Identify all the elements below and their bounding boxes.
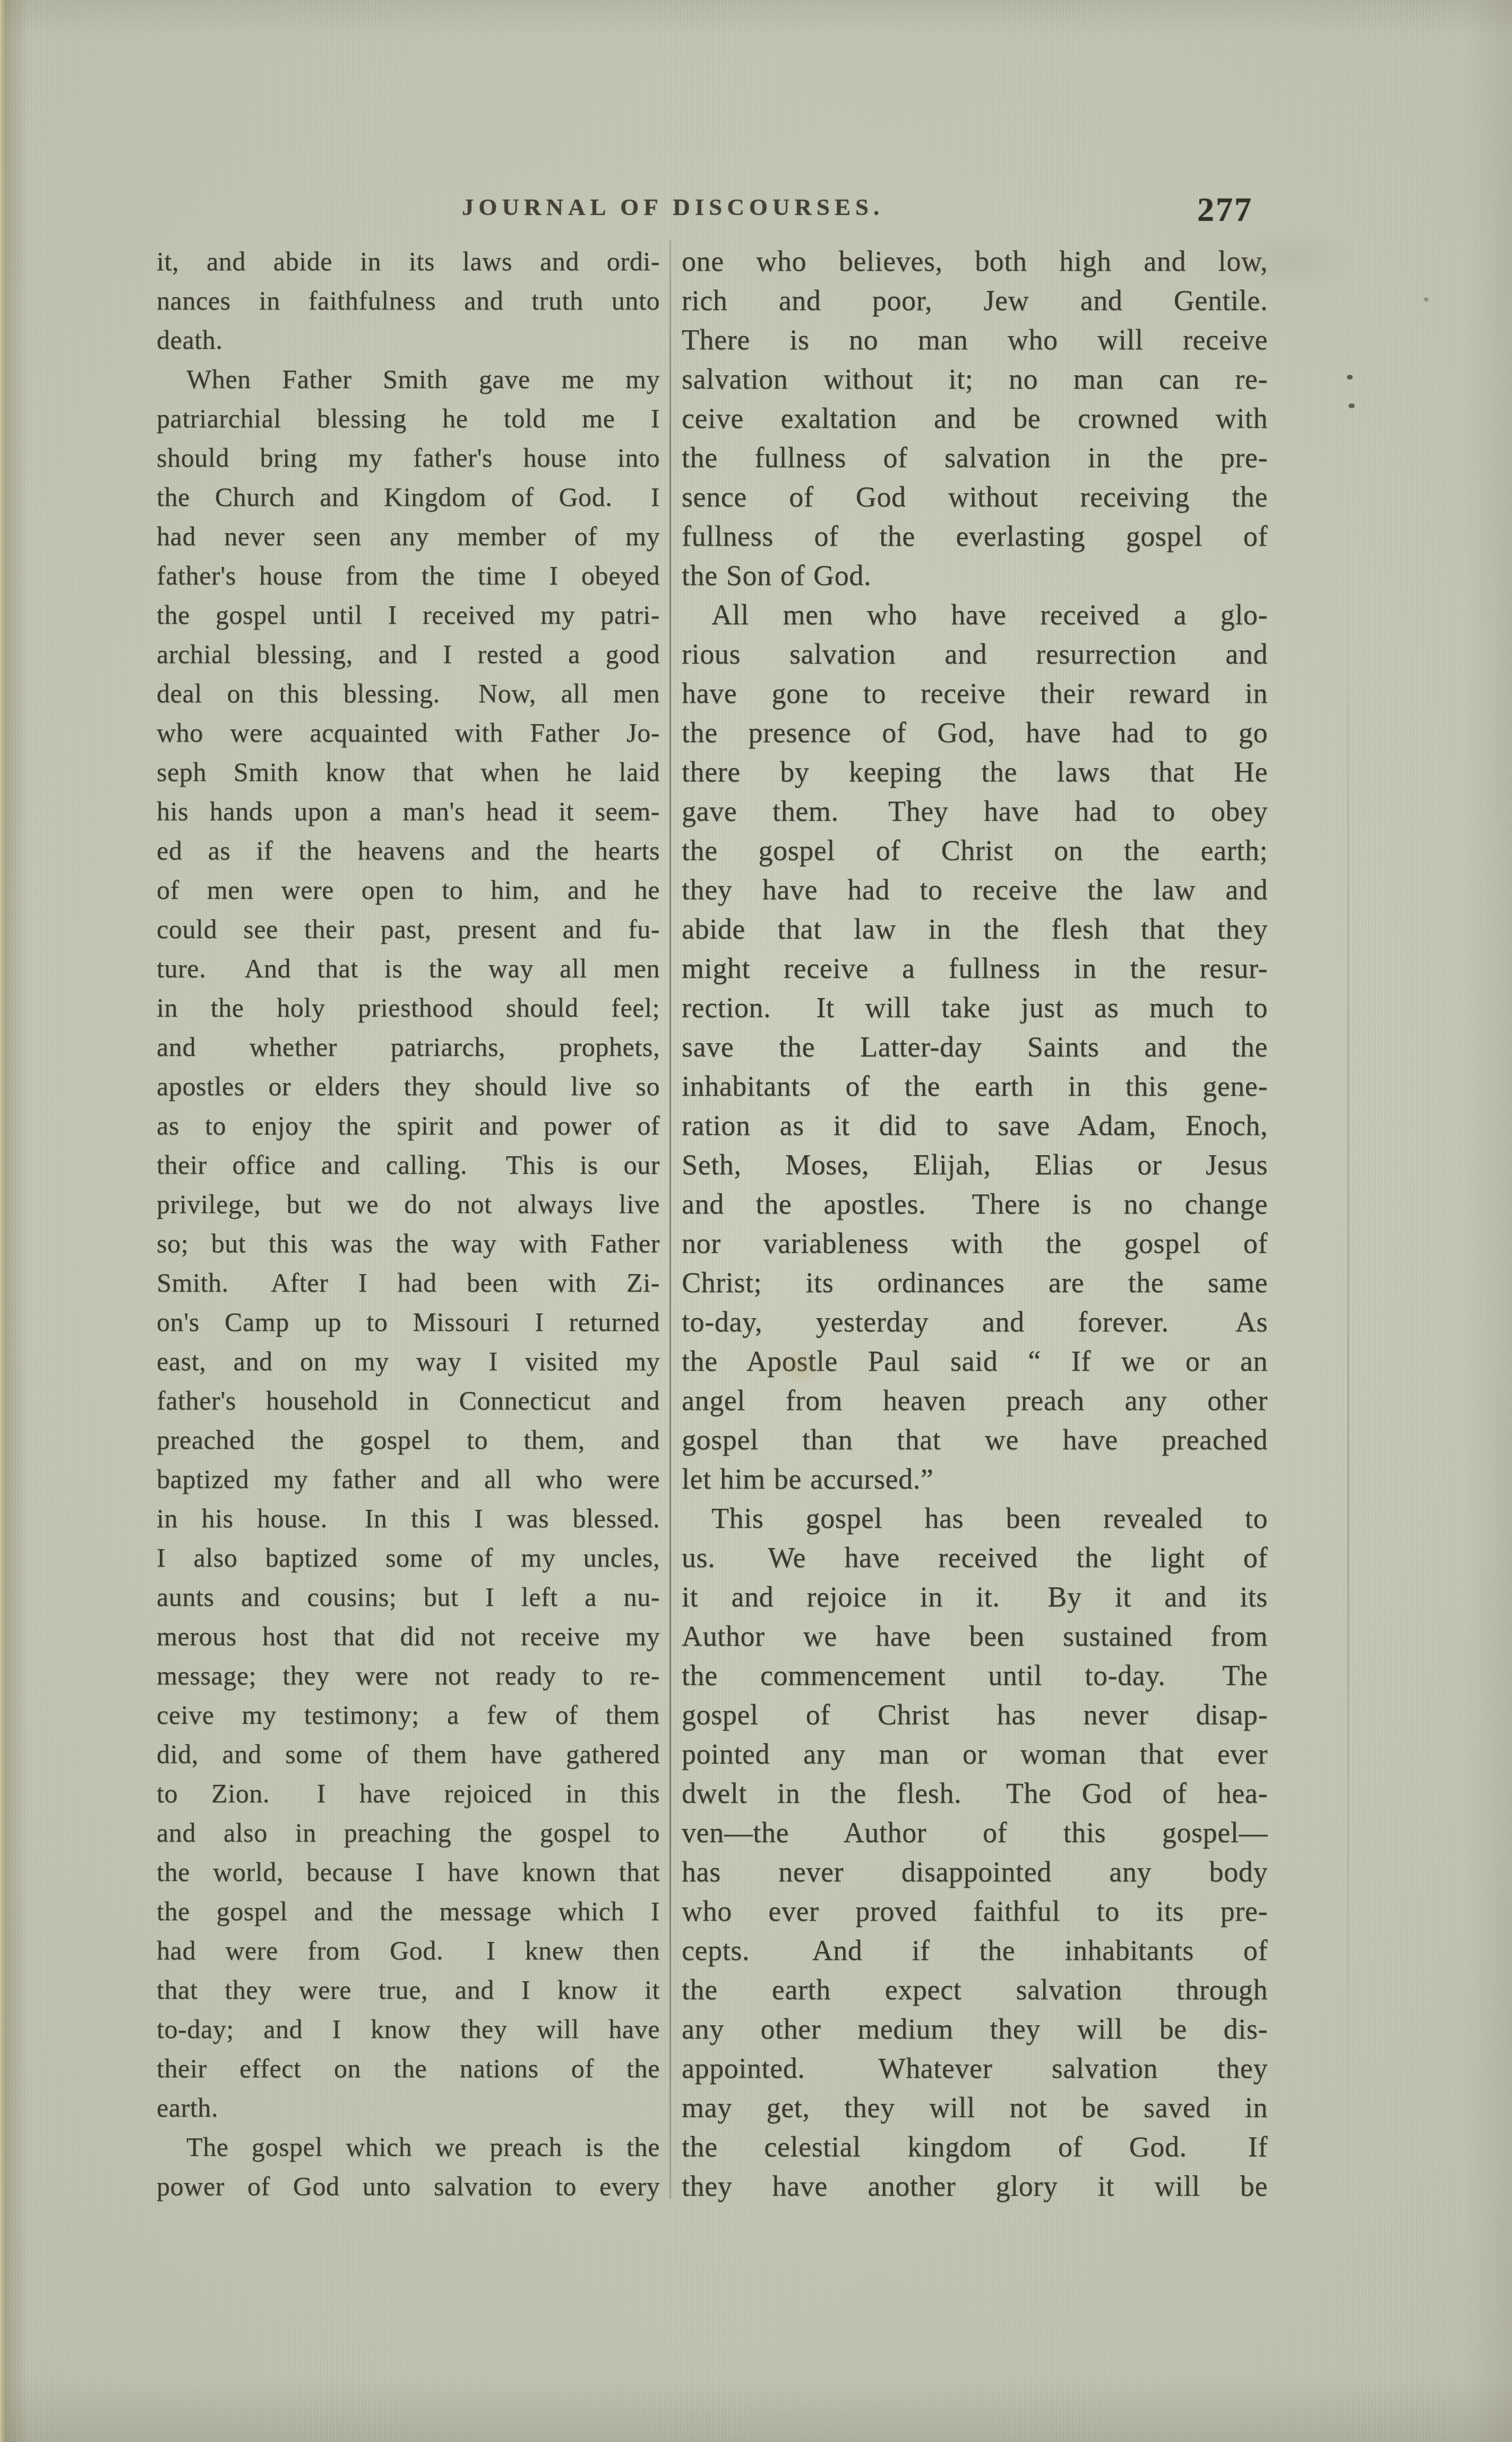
text-line: who ever proved faithful to its pre-: [682, 1891, 1268, 1931]
text-line: it, and abide in its laws and ordi-: [157, 242, 660, 281]
text-line: death.: [157, 320, 660, 359]
text-line: baptized my father and all who were: [157, 1459, 660, 1499]
text-line: message; they were not ready to re-: [157, 1656, 660, 1695]
text-line: save the Latter-day Saints and the: [682, 1027, 1268, 1067]
text-line: ration as it did to save Adam, Enoch,: [682, 1106, 1268, 1145]
ink-speck: [1347, 375, 1353, 380]
text-line: on's Camp up to Missouri I returned: [157, 1302, 660, 1342]
text-line: This gospel has been revealed to: [682, 1499, 1268, 1538]
text-line: archial blessing, and I rested a good: [157, 634, 660, 674]
text-line: father's household in Connecticut and: [157, 1381, 660, 1420]
text-line: the Apostle Paul said “ If we or an: [682, 1342, 1268, 1381]
journal-title: JOURNAL OF DISCOURSES.: [462, 193, 865, 221]
text-line: When Father Smith gave me my: [157, 359, 660, 399]
text-line: ture. And that is the way all men: [157, 949, 660, 988]
text-line: power of God unto salvation to every: [157, 2166, 660, 2206]
text-line: sence of God without receiving the: [682, 477, 1268, 517]
text-line: to-day, yesterday and forever. As: [682, 1302, 1268, 1342]
text-line: I also baptized some of my uncles,: [157, 1538, 660, 1577]
text-line: his hands upon a man's head it seem-: [157, 792, 660, 831]
scanned-book-page: JOURNAL OF DISCOURSES. 277 it, and abide…: [0, 0, 1512, 2442]
text-line: in the holy priesthood should feel;: [157, 988, 660, 1027]
text-line: have gone to receive their reward in: [682, 674, 1268, 713]
text-line: deal on this blessing. Now, all men: [157, 674, 660, 713]
text-line: the earth expect salvation through: [682, 1970, 1268, 2009]
text-line: the gospel until I received my patri-: [157, 595, 660, 634]
text-line: abide that law in the flesh that they: [682, 909, 1268, 949]
text-line: rich and poor, Jew and Gentile.: [682, 281, 1268, 320]
text-line: should bring my father's house into: [157, 438, 660, 477]
text-line: appointed. Whatever salvation they: [682, 2049, 1268, 2088]
text-line: us. We have received the light of: [682, 1538, 1268, 1577]
text-line: Seth, Moses, Elijah, Elias or Jesus: [682, 1145, 1268, 1184]
text-line: fullness of the everlasting gospel of: [682, 517, 1268, 556]
text-line: dwelt in the flesh. The God of hea-: [682, 1774, 1268, 1813]
text-line: the Son of God.: [682, 556, 1268, 595]
text-line: merous host that did not receive my: [157, 1616, 660, 1656]
text-line: has never disappointed any body: [682, 1852, 1268, 1891]
text-line: patriarchial blessing he told me I: [157, 399, 660, 438]
text-line: they have had to receive the law and: [682, 870, 1268, 909]
text-line: preached the gospel to them, and: [157, 1420, 660, 1459]
text-line: privilege, but we do not always live: [157, 1184, 660, 1224]
column-divider-rule: [669, 240, 671, 2199]
text-line: the celestial kingdom of God. If: [682, 2127, 1268, 2166]
text-line: to-day; and I know they will have: [157, 2009, 660, 2049]
text-line: did, and some of them have gathered: [157, 1734, 660, 1774]
text-line: the gospel of Christ on the earth;: [682, 831, 1268, 870]
text-line: pointed any man or woman that ever: [682, 1734, 1268, 1774]
column-left: it, and abide in its laws and ordi-nance…: [157, 242, 660, 2206]
text-line: gospel of Christ has never disap-: [682, 1695, 1268, 1734]
text-line: Author we have been sustained from: [682, 1616, 1268, 1656]
text-line: their office and calling. This is our: [157, 1145, 660, 1184]
text-line: had were from God. I knew then: [157, 1931, 660, 1970]
text-line: there by keeping the laws that He: [682, 752, 1268, 792]
text-line: aunts and cousins; but I left a nu-: [157, 1577, 660, 1616]
text-line: the Church and Kingdom of God. I: [157, 477, 660, 517]
text-line: seph Smith know that when he laid: [157, 752, 660, 792]
text-line: that they were true, and I know it: [157, 1970, 660, 2009]
text-line: nor variableness with the gospel of: [682, 1224, 1268, 1263]
text-line: may get, they will not be saved in: [682, 2088, 1268, 2127]
text-line: The gospel which we preach is the: [157, 2127, 660, 2166]
text-line: cepts. And if the inhabitants of: [682, 1931, 1268, 1970]
ink-speck: [1424, 297, 1429, 302]
text-line: father's house from the time I obeyed: [157, 556, 660, 595]
text-line: the presence of God, have had to go: [682, 713, 1268, 752]
text-line: it and rejoice in it. By it and its: [682, 1577, 1268, 1616]
text-line: to Zion. I have rejoiced in this: [157, 1774, 660, 1813]
text-line: gospel than that we have preached: [682, 1420, 1268, 1459]
text-line: their effect on the nations of the: [157, 2049, 660, 2088]
text-line: gave them. They have had to obey: [682, 792, 1268, 831]
text-line: as to enjoy the spirit and power of: [157, 1106, 660, 1145]
text-line: who were acquainted with Father Jo-: [157, 713, 660, 752]
text-line: angel from heaven preach any other: [682, 1381, 1268, 1420]
text-line: the world, because I have known that: [157, 1852, 660, 1891]
column-right: one who believes, both high and low,rich…: [682, 242, 1268, 2206]
text-line: one who believes, both high and low,: [682, 242, 1268, 281]
text-line: apostles or elders they should live so: [157, 1067, 660, 1106]
text-line: earth.: [157, 2088, 660, 2127]
text-line: might receive a fullness in the resur-: [682, 949, 1268, 988]
text-line: so; but this was the way with Father: [157, 1224, 660, 1263]
text-line: east, and on my way I visited my: [157, 1342, 660, 1381]
text-line: ceive exaltation and be crowned with: [682, 399, 1268, 438]
text-line: nances in faithfulness and truth unto: [157, 281, 660, 320]
page-number: 277: [1197, 190, 1253, 229]
text-line: inhabitants of the earth in this gene-: [682, 1067, 1268, 1106]
text-line: and whether patriarchs, prophets,: [157, 1027, 660, 1067]
text-line: Christ; its ordinances are the same: [682, 1263, 1268, 1302]
text-line: and also in preaching the gospel to: [157, 1813, 660, 1852]
text-line: the fullness of salvation in the pre-: [682, 438, 1268, 477]
page-edge-line: [1347, 531, 1349, 2203]
text-line: All men who have received a glo-: [682, 595, 1268, 634]
text-line: of men were open to him, and he: [157, 870, 660, 909]
text-line: ed as if the heavens and the hearts: [157, 831, 660, 870]
text-line: any other medium they will be dis-: [682, 2009, 1268, 2049]
text-line: salvation without it; no man can re-: [682, 359, 1268, 399]
text-line: let him be accursed.”: [682, 1459, 1268, 1499]
text-line: ceive my testimony; a few of them: [157, 1695, 660, 1734]
text-line: had never seen any member of my: [157, 517, 660, 556]
text-line: and the apostles. There is no change: [682, 1184, 1268, 1224]
running-head: JOURNAL OF DISCOURSES. 277: [0, 190, 1512, 227]
text-line: the gospel and the message which I: [157, 1891, 660, 1931]
text-line: rious salvation and resurrection and: [682, 634, 1268, 674]
text-line: ven—the Author of this gospel—: [682, 1813, 1268, 1852]
text-line: they have another glory it will be: [682, 2166, 1268, 2206]
text-line: in his house. In this I was blessed.: [157, 1499, 660, 1538]
text-line: rection. It will take just as much to: [682, 988, 1268, 1027]
text-line: could see their past, present and fu-: [157, 909, 660, 949]
text-line: Smith. After I had been with Zi-: [157, 1263, 660, 1302]
ink-speck: [1348, 403, 1355, 408]
text-line: the commencement until to-day. The: [682, 1656, 1268, 1695]
text-line: There is no man who will receive: [682, 320, 1268, 359]
